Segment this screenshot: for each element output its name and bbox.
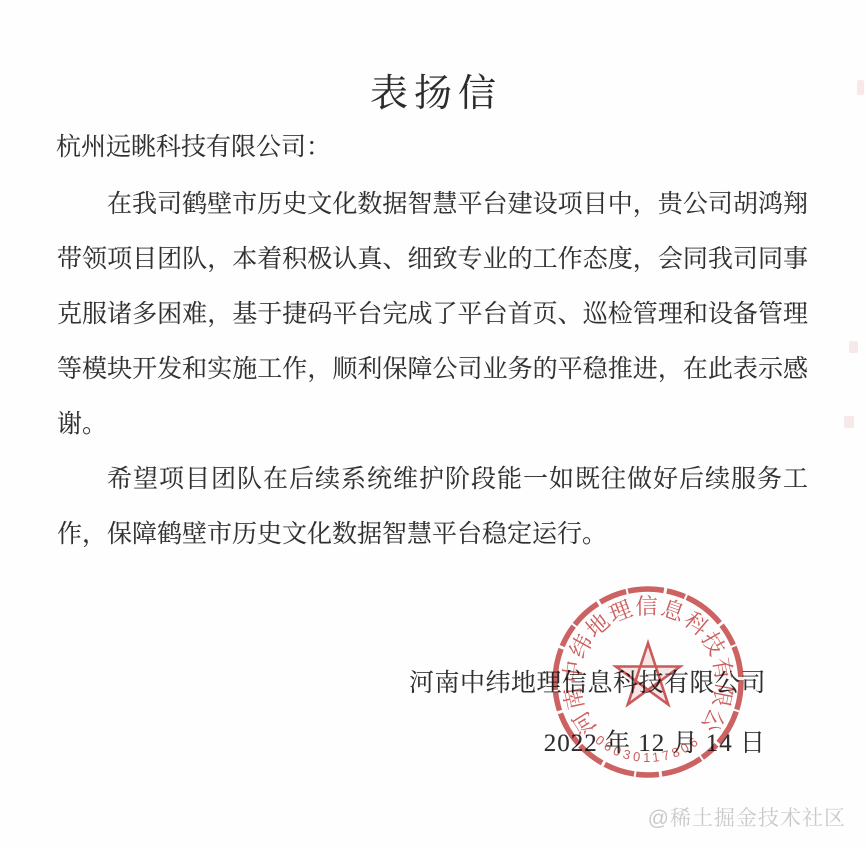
signature-date: 2022 年 12 月 14 日 <box>544 723 766 759</box>
watermark-credit: @稀土掘金技术社区 <box>648 802 846 832</box>
addressee-line: 杭州远眺科技有限公司： <box>56 127 331 163</box>
paragraph-1: 在我司鹤壁市历史文化数据智慧平台建设项目中，贵公司胡鸿翔带领项目团队，本着积极认… <box>57 177 808 452</box>
letter-body: 在我司鹤壁市历史文化数据智慧平台建设项目中，贵公司胡鸿翔带领项目团队，本着积极认… <box>57 177 808 562</box>
scan-edge-artifact <box>849 341 858 353</box>
scan-edge-artifact <box>857 80 864 95</box>
signature-company: 河南中纬地理信息科技有限公司 <box>409 663 766 699</box>
letter-title: 表扬信 <box>57 62 809 117</box>
seal-ring-text: 河南中纬地理信息科技有限公司 <box>533 567 737 739</box>
paragraph-2: 希望项目团队在后续系统维护阶段能一如既往做好后续服务工作，保障鹤壁市历史文化数据… <box>57 452 808 562</box>
scan-edge-artifact <box>844 416 854 428</box>
letter-page: 表扬信 杭州远眺科技有限公司： 在我司鹤壁市历史文化数据智慧平台建设项目中，贵公… <box>0 0 866 850</box>
